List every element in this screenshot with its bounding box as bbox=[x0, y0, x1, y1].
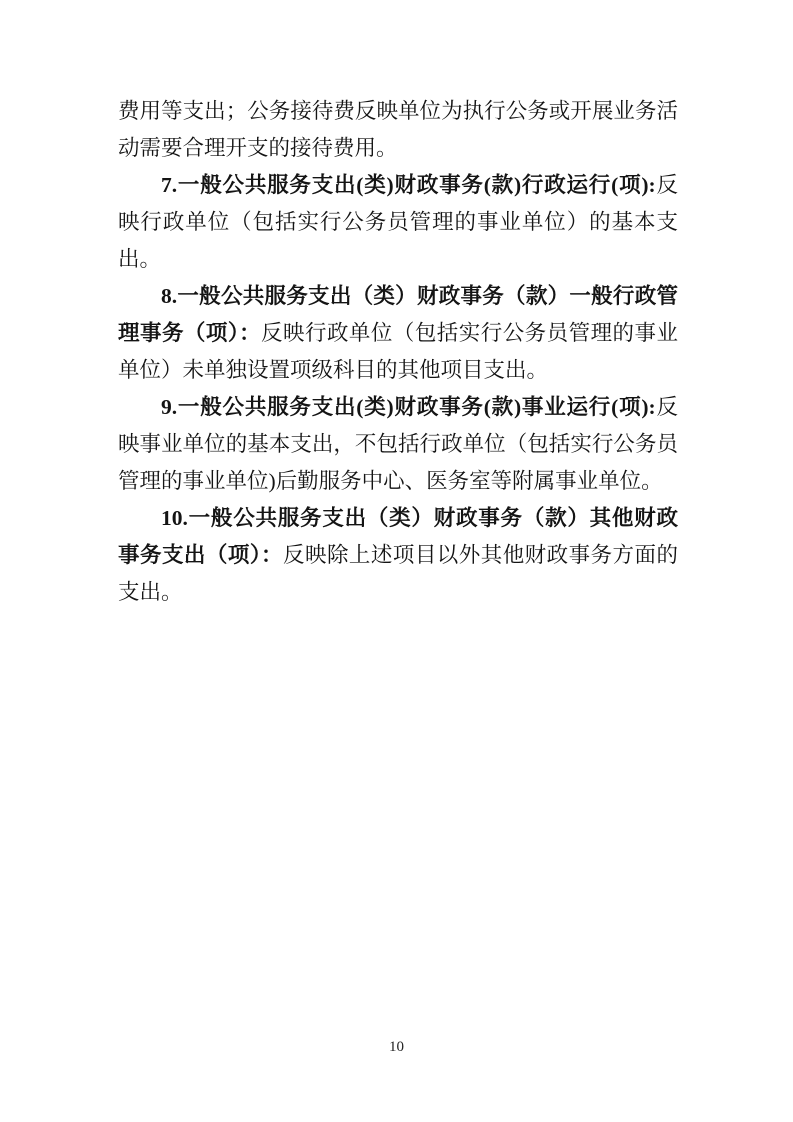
paragraph-item-8: 8.一般公共服务支出（类）财政事务（款）一般行政管理事务（项）：反映行政单位（包… bbox=[118, 278, 678, 389]
paragraph-item-7: 7.一般公共服务支出(类)财政事务(款)行政运行(项):反映行政单位（包括实行公… bbox=[118, 167, 678, 278]
paragraph-continuation: 费用等支出；公务接待费反映单位为执行公务或开展业务活动需要合理开支的接待费用。 bbox=[118, 93, 678, 167]
page-footer: 10 bbox=[0, 1038, 793, 1056]
document-page: 费用等支出；公务接待费反映单位为执行公务或开展业务活动需要合理开支的接待费用。 … bbox=[0, 0, 793, 1122]
item-9-heading: 9.一般公共服务支出(类)财政事务(款)事业运行(项): bbox=[161, 395, 656, 419]
page-number: 10 bbox=[389, 1039, 404, 1055]
paragraph-text: 费用等支出；公务接待费反映单位为执行公务或开展业务活动需要合理开支的接待费用。 bbox=[118, 99, 678, 160]
paragraph-item-10: 10.一般公共服务支出（类）财政事务（款）其他财政事务支出（项）：反映除上述项目… bbox=[118, 500, 678, 611]
item-7-heading: 7.一般公共服务支出(类)财政事务(款)行政运行(项): bbox=[161, 173, 656, 197]
paragraph-item-9: 9.一般公共服务支出(类)财政事务(款)事业运行(项):反映事业单位的基本支出，… bbox=[118, 389, 678, 500]
document-body: 费用等支出；公务接待费反映单位为执行公务或开展业务活动需要合理开支的接待费用。 … bbox=[118, 93, 678, 611]
